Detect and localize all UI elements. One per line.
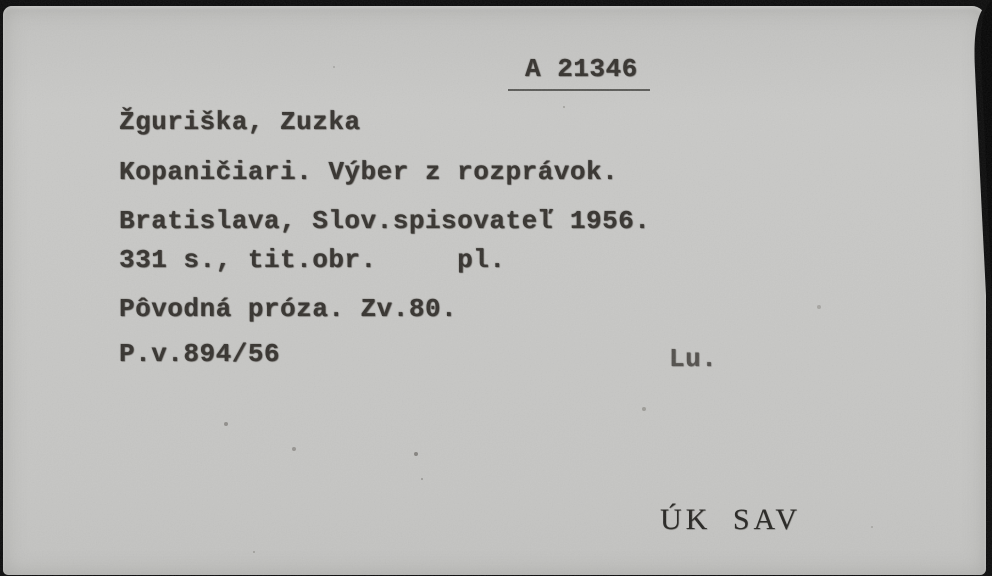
accession-number: P.v.894/56 xyxy=(119,339,280,369)
library-stamp: ÚK SAV xyxy=(660,503,801,537)
catalog-card-scan: A 21346 Žguriška, Zuzka Kopaničiari. Výb… xyxy=(0,0,992,576)
imprint-line: Bratislava, Slov.spisovateľ 1956. xyxy=(119,206,650,236)
author-line: Žguriška, Zuzka xyxy=(119,107,361,137)
call-number: A 21346 xyxy=(508,54,650,91)
paper-specks xyxy=(3,6,5,8)
series-line: Pôvodná próza. Zv.80. xyxy=(119,294,457,324)
collation-line: 331 s., tit.obr. pl. xyxy=(119,245,505,275)
cataloguer-initials: Lu. xyxy=(669,344,717,374)
catalog-card: A 21346 Žguriška, Zuzka Kopaničiari. Výb… xyxy=(3,6,986,575)
title-line: Kopaničiari. Výber z rozprávok. xyxy=(119,157,618,187)
